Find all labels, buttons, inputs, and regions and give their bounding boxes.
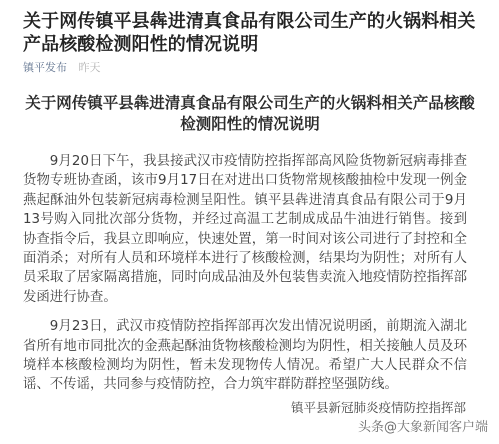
signature: 镇平县新冠肺炎疫情防控指挥部 [291,399,466,416]
document-heading: 关于网传镇平县犇进清真食品有限公司生产的火锅料相关产品核酸检测阳性的情况说明 [20,93,480,135]
article-title: 关于网传镇平县犇进清真食品有限公司生产的火锅料相关产品核酸检测阳性的情况说明 [23,10,478,56]
document-body: 9月20日下午，我县接武汉市疫情防控指挥部高风险货物新冠病毒排查货物专班协查函，… [23,152,467,405]
watermark: 头条@大象新闻客户端 [358,419,488,437]
source-account-link[interactable]: 镇平发布 [23,61,67,74]
publish-time: 昨天 [79,61,101,74]
article-meta: 镇平发布 昨天 [23,61,101,75]
paragraph-2: 9月23日，武汉市疫情防控指挥部再次发出情况说明函，前期流入湖北省所有地市同批次… [23,317,467,395]
paragraph-1: 9月20日下午，我县接武汉市疫情防控指挥部高风险货物新冠病毒排查货物专班协查函，… [23,152,467,307]
